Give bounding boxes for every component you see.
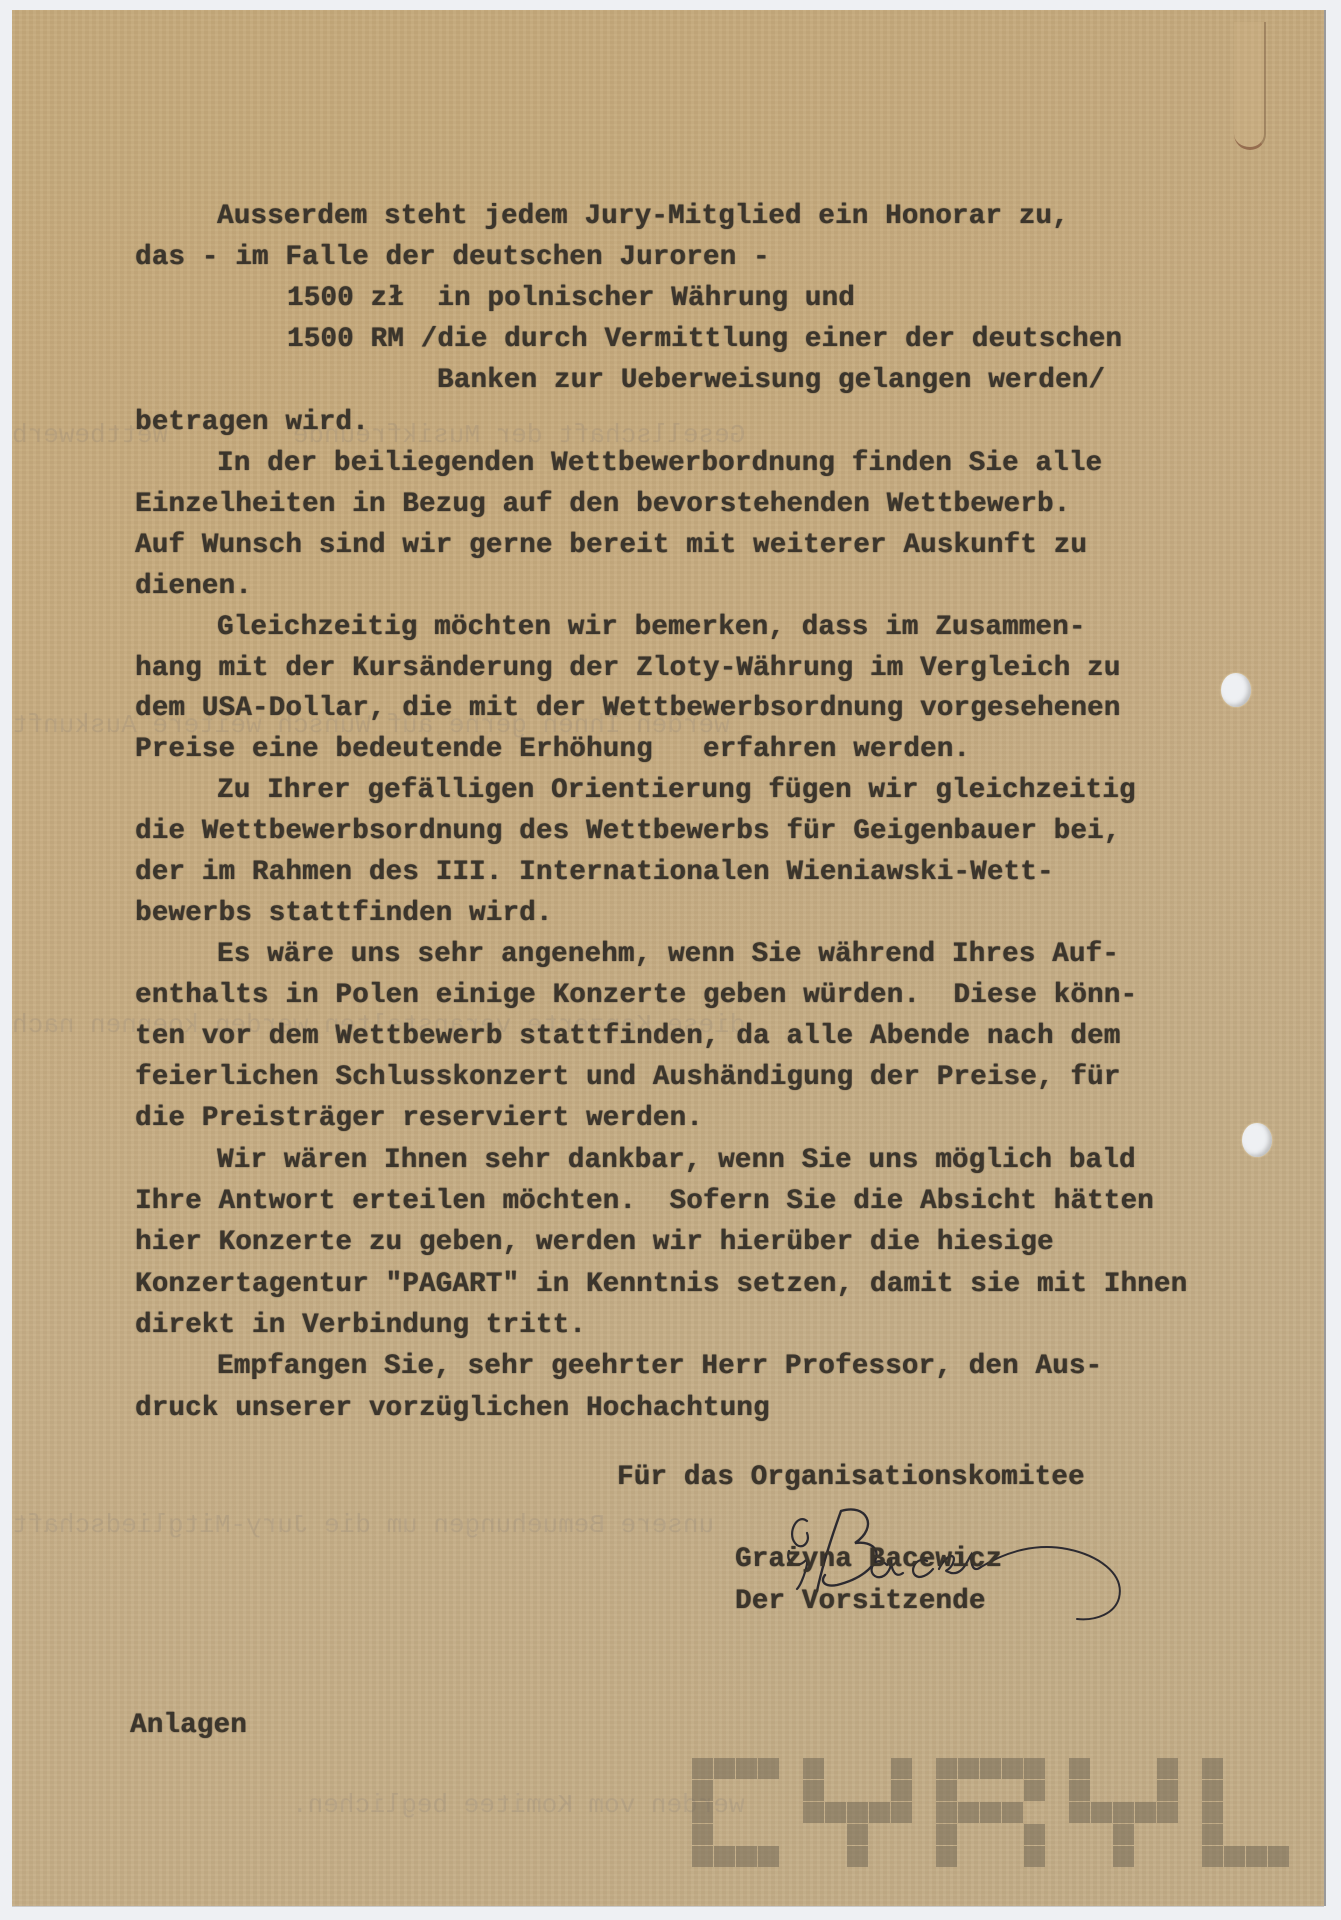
- watermark-block: [936, 1846, 957, 1867]
- watermark-block: [1157, 1802, 1178, 1823]
- signatory-title: Der Vorsitzende: [735, 1586, 986, 1618]
- watermark-block: [692, 1802, 713, 1823]
- watermark-block: [958, 1802, 979, 1823]
- letter-line: Empfangen Sie, sehr geehrter Herr Profes…: [217, 1351, 1102, 1383]
- closing-organization-line: Für das Organisationskomitee: [617, 1462, 1085, 1494]
- letter-line: feierlichen Schlusskonzert und Aushändig…: [135, 1062, 1120, 1094]
- watermark-block: [936, 1824, 957, 1845]
- watermark-block: [891, 1780, 912, 1801]
- watermark-block: [714, 1846, 735, 1867]
- watermark-block: [1113, 1824, 1134, 1845]
- watermark-block: [980, 1758, 1001, 1779]
- bleed-through-texture: unsere Bemuehungen um die Jury-Mitglieds…: [12, 1510, 745, 1540]
- watermark-block: [1069, 1802, 1090, 1823]
- bleed-through-texture: Gesellschaft der Musikfreunde Wettbewerb: [12, 420, 777, 450]
- enclosures-label: Anlagen: [130, 1710, 247, 1742]
- watermark-block: [891, 1758, 912, 1779]
- watermark-block: [803, 1802, 824, 1823]
- watermark-block: [1113, 1802, 1134, 1823]
- watermark-block: [1024, 1758, 1045, 1779]
- letter-line: ten vor dem Wettbewerb stattfinden, da a…: [135, 1021, 1120, 1053]
- watermark-block: [825, 1802, 846, 1823]
- watermark-block: [1113, 1846, 1134, 1867]
- letter-line: Einzelheiten in Bezug auf den bevorstehe…: [135, 489, 1070, 521]
- letter-line: dienen.: [135, 571, 252, 603]
- watermark-block: [1157, 1780, 1178, 1801]
- watermark-block: [758, 1846, 779, 1867]
- letter-line: Auf Wunsch sind wir gerne bereit mit wei…: [135, 530, 1087, 562]
- watermark-block: [1069, 1758, 1090, 1779]
- letter-line: Gleichzeitig möchten wir bemerken, dass …: [217, 612, 1086, 644]
- watermark-block: [758, 1758, 779, 1779]
- watermark-block: [847, 1846, 868, 1867]
- watermark-block: [692, 1758, 713, 1779]
- watermark-block: [958, 1758, 979, 1779]
- watermark-block: [1024, 1846, 1045, 1867]
- letter-line: die Preisträger reserviert werden.: [135, 1103, 703, 1135]
- letter-line: Konzertagentur "PAGART" in Kenntnis setz…: [135, 1269, 1187, 1301]
- watermark-block: [936, 1758, 957, 1779]
- letter-line: enthalts in Polen einige Konzerte geben …: [135, 980, 1137, 1012]
- letter-line: hier Konzerte zu geben, werden wir hierü…: [135, 1227, 1054, 1259]
- letter-line: der im Rahmen des III. Internationalen W…: [135, 857, 1054, 889]
- letter-line: druck unserer vorzüglichen Hochachtung: [135, 1393, 770, 1425]
- paper-stain: [1234, 22, 1266, 150]
- watermark-block: [1024, 1824, 1045, 1845]
- watermark-block: [847, 1824, 868, 1845]
- watermark-block: [1202, 1758, 1223, 1779]
- watermark-block: [692, 1824, 713, 1845]
- watermark-block: [1202, 1824, 1223, 1845]
- letter-line: betragen wird.: [135, 407, 369, 439]
- watermark-block: [1157, 1758, 1178, 1779]
- document-page: Gesellschaft der Musikfreunde Wettbewerb…: [12, 10, 1324, 1906]
- letter-line: das - im Falle der deutschen Juroren -: [135, 242, 770, 274]
- watermark-block: [736, 1758, 757, 1779]
- watermark-block: [1246, 1846, 1267, 1867]
- letter-line: Es wäre uns sehr angenehm, wenn Sie währ…: [217, 939, 1119, 971]
- watermark-block: [1224, 1846, 1245, 1867]
- watermark-block: [1024, 1780, 1045, 1801]
- watermark-block: [714, 1758, 735, 1779]
- watermark-block: [1202, 1802, 1223, 1823]
- watermark-block: [847, 1802, 868, 1823]
- watermark-block: [1002, 1758, 1023, 1779]
- watermark-block: [803, 1780, 824, 1801]
- letter-line: 1500 RM /die durch Vermittlung einer der…: [287, 324, 1122, 356]
- letter-line: Wir wären Ihnen sehr dankbar, wenn Sie u…: [217, 1145, 1136, 1177]
- letter-line: In der beiliegenden Wettbewerbordnung fi…: [217, 448, 1102, 480]
- watermark-block: [891, 1802, 912, 1823]
- watermark-block: [803, 1758, 824, 1779]
- watermark-block: [1135, 1802, 1156, 1823]
- watermark-block: [736, 1846, 757, 1867]
- watermark-block: [1268, 1846, 1289, 1867]
- signatory-name: Grażyna Bacewicz: [735, 1544, 1002, 1576]
- watermark-block: [1069, 1780, 1090, 1801]
- letter-line: die Wettbewerbsordnung des Wettbewerbs f…: [135, 816, 1120, 848]
- letter-line: Banken zur Ueberweisung gelangen werden/: [437, 365, 1105, 397]
- watermark-block: [692, 1846, 713, 1867]
- letter-line: Zu Ihrer gefälligen Orientierung fügen w…: [217, 775, 1136, 807]
- letter-line: dem USA-Dollar, die mit der Wettbewerbso…: [135, 693, 1120, 725]
- letter-line: Preise eine bedeutende Erhöhung erfahren…: [135, 734, 970, 766]
- letter-line: hang mit der Kursänderung der Zloty-Währ…: [135, 653, 1120, 685]
- letter-line: 1500 zł in polnischer Währung und: [287, 283, 855, 315]
- letter-line: Ihre Antwort erteilen möchten. Sofern Si…: [135, 1186, 1154, 1218]
- watermark-block: [1202, 1846, 1223, 1867]
- watermark-block: [1002, 1802, 1023, 1823]
- letter-line: bewerbs stattfinden wird.: [135, 898, 553, 930]
- watermark-block: [936, 1802, 957, 1823]
- letter-line: direkt in Verbindung tritt.: [135, 1310, 586, 1342]
- watermark-block: [1091, 1802, 1112, 1823]
- letter-line: Ausserdem steht jedem Jury-Mitglied ein …: [217, 201, 1069, 233]
- cyryl-watermark: [692, 1758, 1312, 1870]
- watermark-block: [980, 1802, 1001, 1823]
- watermark-block: [869, 1802, 890, 1823]
- punch-hole-top: [1221, 673, 1251, 707]
- watermark-block: [936, 1780, 957, 1801]
- punch-hole-bottom: [1242, 1123, 1272, 1157]
- watermark-block: [692, 1780, 713, 1801]
- watermark-block: [1202, 1780, 1223, 1801]
